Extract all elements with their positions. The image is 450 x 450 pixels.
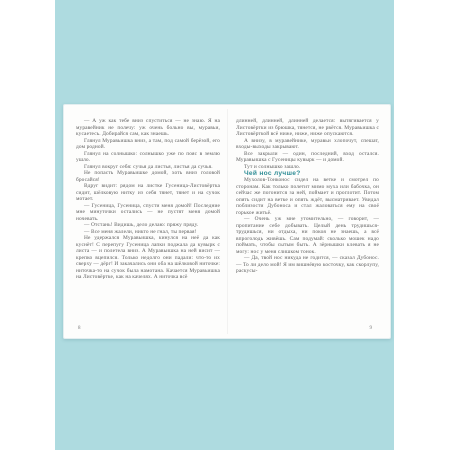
paragraph: — Отстань! Видишь, дело делаю: пряжу пря… bbox=[76, 222, 220, 229]
paragraph: Глянул Муравьишка вниз, а там, под самой… bbox=[76, 138, 220, 151]
page-number-left: 8 bbox=[78, 326, 81, 331]
paragraph: — Очень уж мне утомительно, — говорит, —… bbox=[236, 216, 379, 255]
story-heading: Чей нос лучше? bbox=[236, 170, 379, 177]
page-number-right: 9 bbox=[370, 326, 373, 331]
paragraph: Не удержался Муравьишка, кинулся на неё … bbox=[76, 235, 220, 281]
book-spread: — А уж как тебе вниз спуститься — не зна… bbox=[63, 104, 391, 339]
product-image: — А уж как тебе вниз спуститься — не зна… bbox=[0, 0, 450, 450]
paragraph: Глянул на солнышко: солнышко уже по пояс… bbox=[76, 151, 220, 164]
paragraph: А внизу, в муравейнике, муравьи хлопочут… bbox=[236, 138, 379, 151]
paragraph: — Гусеница, Гусеница, спусти меня домой!… bbox=[76, 203, 220, 223]
teal-backdrop: — А уж как тебе вниз спуститься — не зна… bbox=[55, 0, 394, 450]
paragraph: Все закрыли — один, последний, вход оста… bbox=[236, 151, 379, 164]
paragraph: Не попасть Муравьишке домой, хоть вниз г… bbox=[76, 170, 220, 183]
paragraph: — Да, твой нос никуда не годится, — сказ… bbox=[236, 255, 379, 275]
paragraph: — А уж как тебе вниз спуститься — не зна… bbox=[76, 118, 220, 138]
paragraph: длинней, длинней, длинней делается: вытя… bbox=[236, 118, 379, 138]
left-page-text-column: — А уж как тебе вниз спуститься — не зна… bbox=[76, 118, 220, 281]
page-gutter bbox=[227, 109, 228, 334]
right-page-text-column: длинней, длинней, длинней делается: вытя… bbox=[236, 118, 379, 275]
paragraph: Вдруг видит: рядом на листке Гусеница-Ли… bbox=[76, 183, 220, 203]
paragraph: Мухолов-Тонконос сидел на ветке и смотре… bbox=[236, 177, 379, 216]
